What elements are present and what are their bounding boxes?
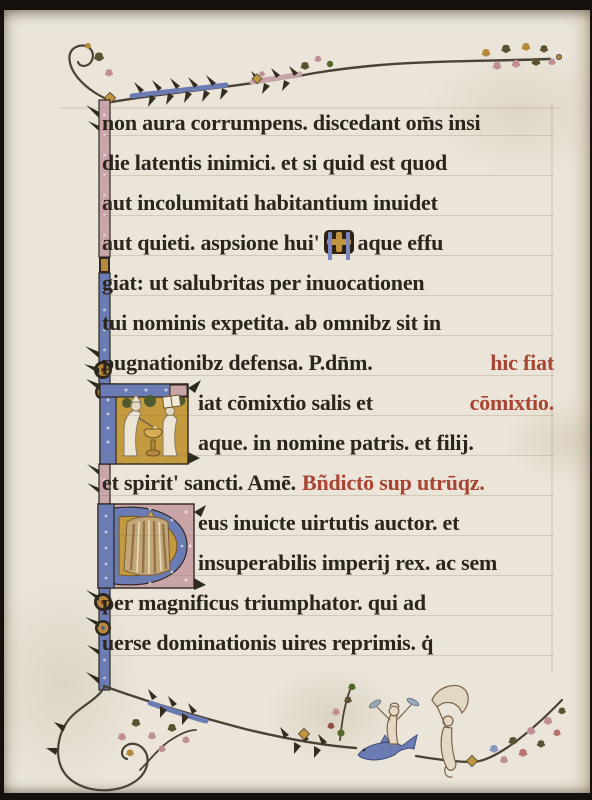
text-line: et spirit' sancti. Amē.Bñdictō sup utrūq… <box>102 462 554 502</box>
thorn-cluster <box>46 689 327 758</box>
gold-node-icon <box>466 755 477 766</box>
line-text: uerse dominationis uires reprimis. q̇ <box>102 622 433 664</box>
siren-figure <box>377 703 411 744</box>
line-text: eus inuicte uirtutis auctor. et <box>198 502 459 544</box>
line-text: insuperabilis imperij rex. ac sem <box>198 542 497 584</box>
bottom-border-vine <box>46 684 566 791</box>
gold-node-icon <box>298 728 309 739</box>
line-text: aque. in nomine patris. et filij. <box>198 422 474 464</box>
siren-on-fish-drollery <box>358 697 420 760</box>
ivy-leaf-cluster-bottom-right-icon <box>490 708 566 764</box>
gold-quatrefoil-filler-icon <box>324 230 354 254</box>
text-line: aut quieti. aspsione hui'aque effu <box>102 222 554 262</box>
ivy-leaf-cluster-right-icon <box>482 43 562 70</box>
held-fish-icon <box>406 697 420 708</box>
rubric-text: cōmixtio. <box>470 382 554 424</box>
text-line: uerse dominationis uires reprimis. q̇ <box>102 622 554 662</box>
line-text: non aura corrumpens. discedant om̄s insi <box>102 102 480 144</box>
text-line: aque. in nomine patris. et filij. <box>102 422 554 462</box>
text-line: aut incolumitati habitantium inuidet <box>102 182 554 222</box>
line-text: tui nominis expetita. ab omnibz sit in <box>102 302 441 344</box>
bather-drollery <box>432 685 468 777</box>
bottom-stem <box>104 686 356 748</box>
line-text: per magnificus triumphator. qui ad <box>102 582 426 624</box>
line-text: aut incolumitati habitantium inuidet <box>102 182 438 224</box>
text-line: die latentis inimici. et si quid est quo… <box>102 142 554 182</box>
text-line: pugnationibz defensa. P.dn̄m.hic fiat <box>102 342 554 382</box>
green-berry-icon <box>337 729 344 736</box>
line-text: giat: ut salubritas per inuocationen <box>102 262 424 304</box>
text-line: giat: ut salubritas per inuocationen <box>102 262 554 302</box>
text-line: iat cōmixtio salis etcōmixtio. <box>102 382 554 422</box>
text-line: non aura corrumpens. discedant om̄s insi <box>102 102 554 142</box>
rubric-text: Bñdictō sup utrūqz. <box>302 462 485 504</box>
line-text: die latentis inimici. et si quid est quo… <box>102 142 447 184</box>
text-block: non aura corrumpens. discedant om̄s insi… <box>102 102 554 662</box>
billowing-cloth-icon <box>432 685 468 713</box>
held-fish-icon <box>368 698 382 709</box>
rubric-text: hic fiat <box>490 342 554 384</box>
text-line: tui nominis expetita. ab omnibz sit in <box>102 302 554 342</box>
spiral-loop-left <box>58 688 147 790</box>
line-text: aque effu <box>358 222 444 264</box>
line-text: et spirit' sancti. Amē. <box>102 462 296 504</box>
text-line: per magnificus triumphator. qui ad <box>102 582 554 622</box>
manuscript-photo: non aura corrumpens. discedant om̄s insi… <box>0 0 592 800</box>
spiral-leaves-icon <box>85 43 113 76</box>
line-text: iat cōmixtio salis et <box>198 382 373 424</box>
top-border-vine <box>69 43 561 107</box>
text-line: eus inuicte uirtutis auctor. et <box>102 502 554 542</box>
text-line: insuperabilis imperij rex. ac sem <box>102 542 554 582</box>
line-text: pugnationibz defensa. P.dn̄m. <box>102 342 373 384</box>
bottom-stem-blue-sheath <box>150 703 206 721</box>
line-text: aut quieti. aspsione hui' <box>102 222 320 264</box>
